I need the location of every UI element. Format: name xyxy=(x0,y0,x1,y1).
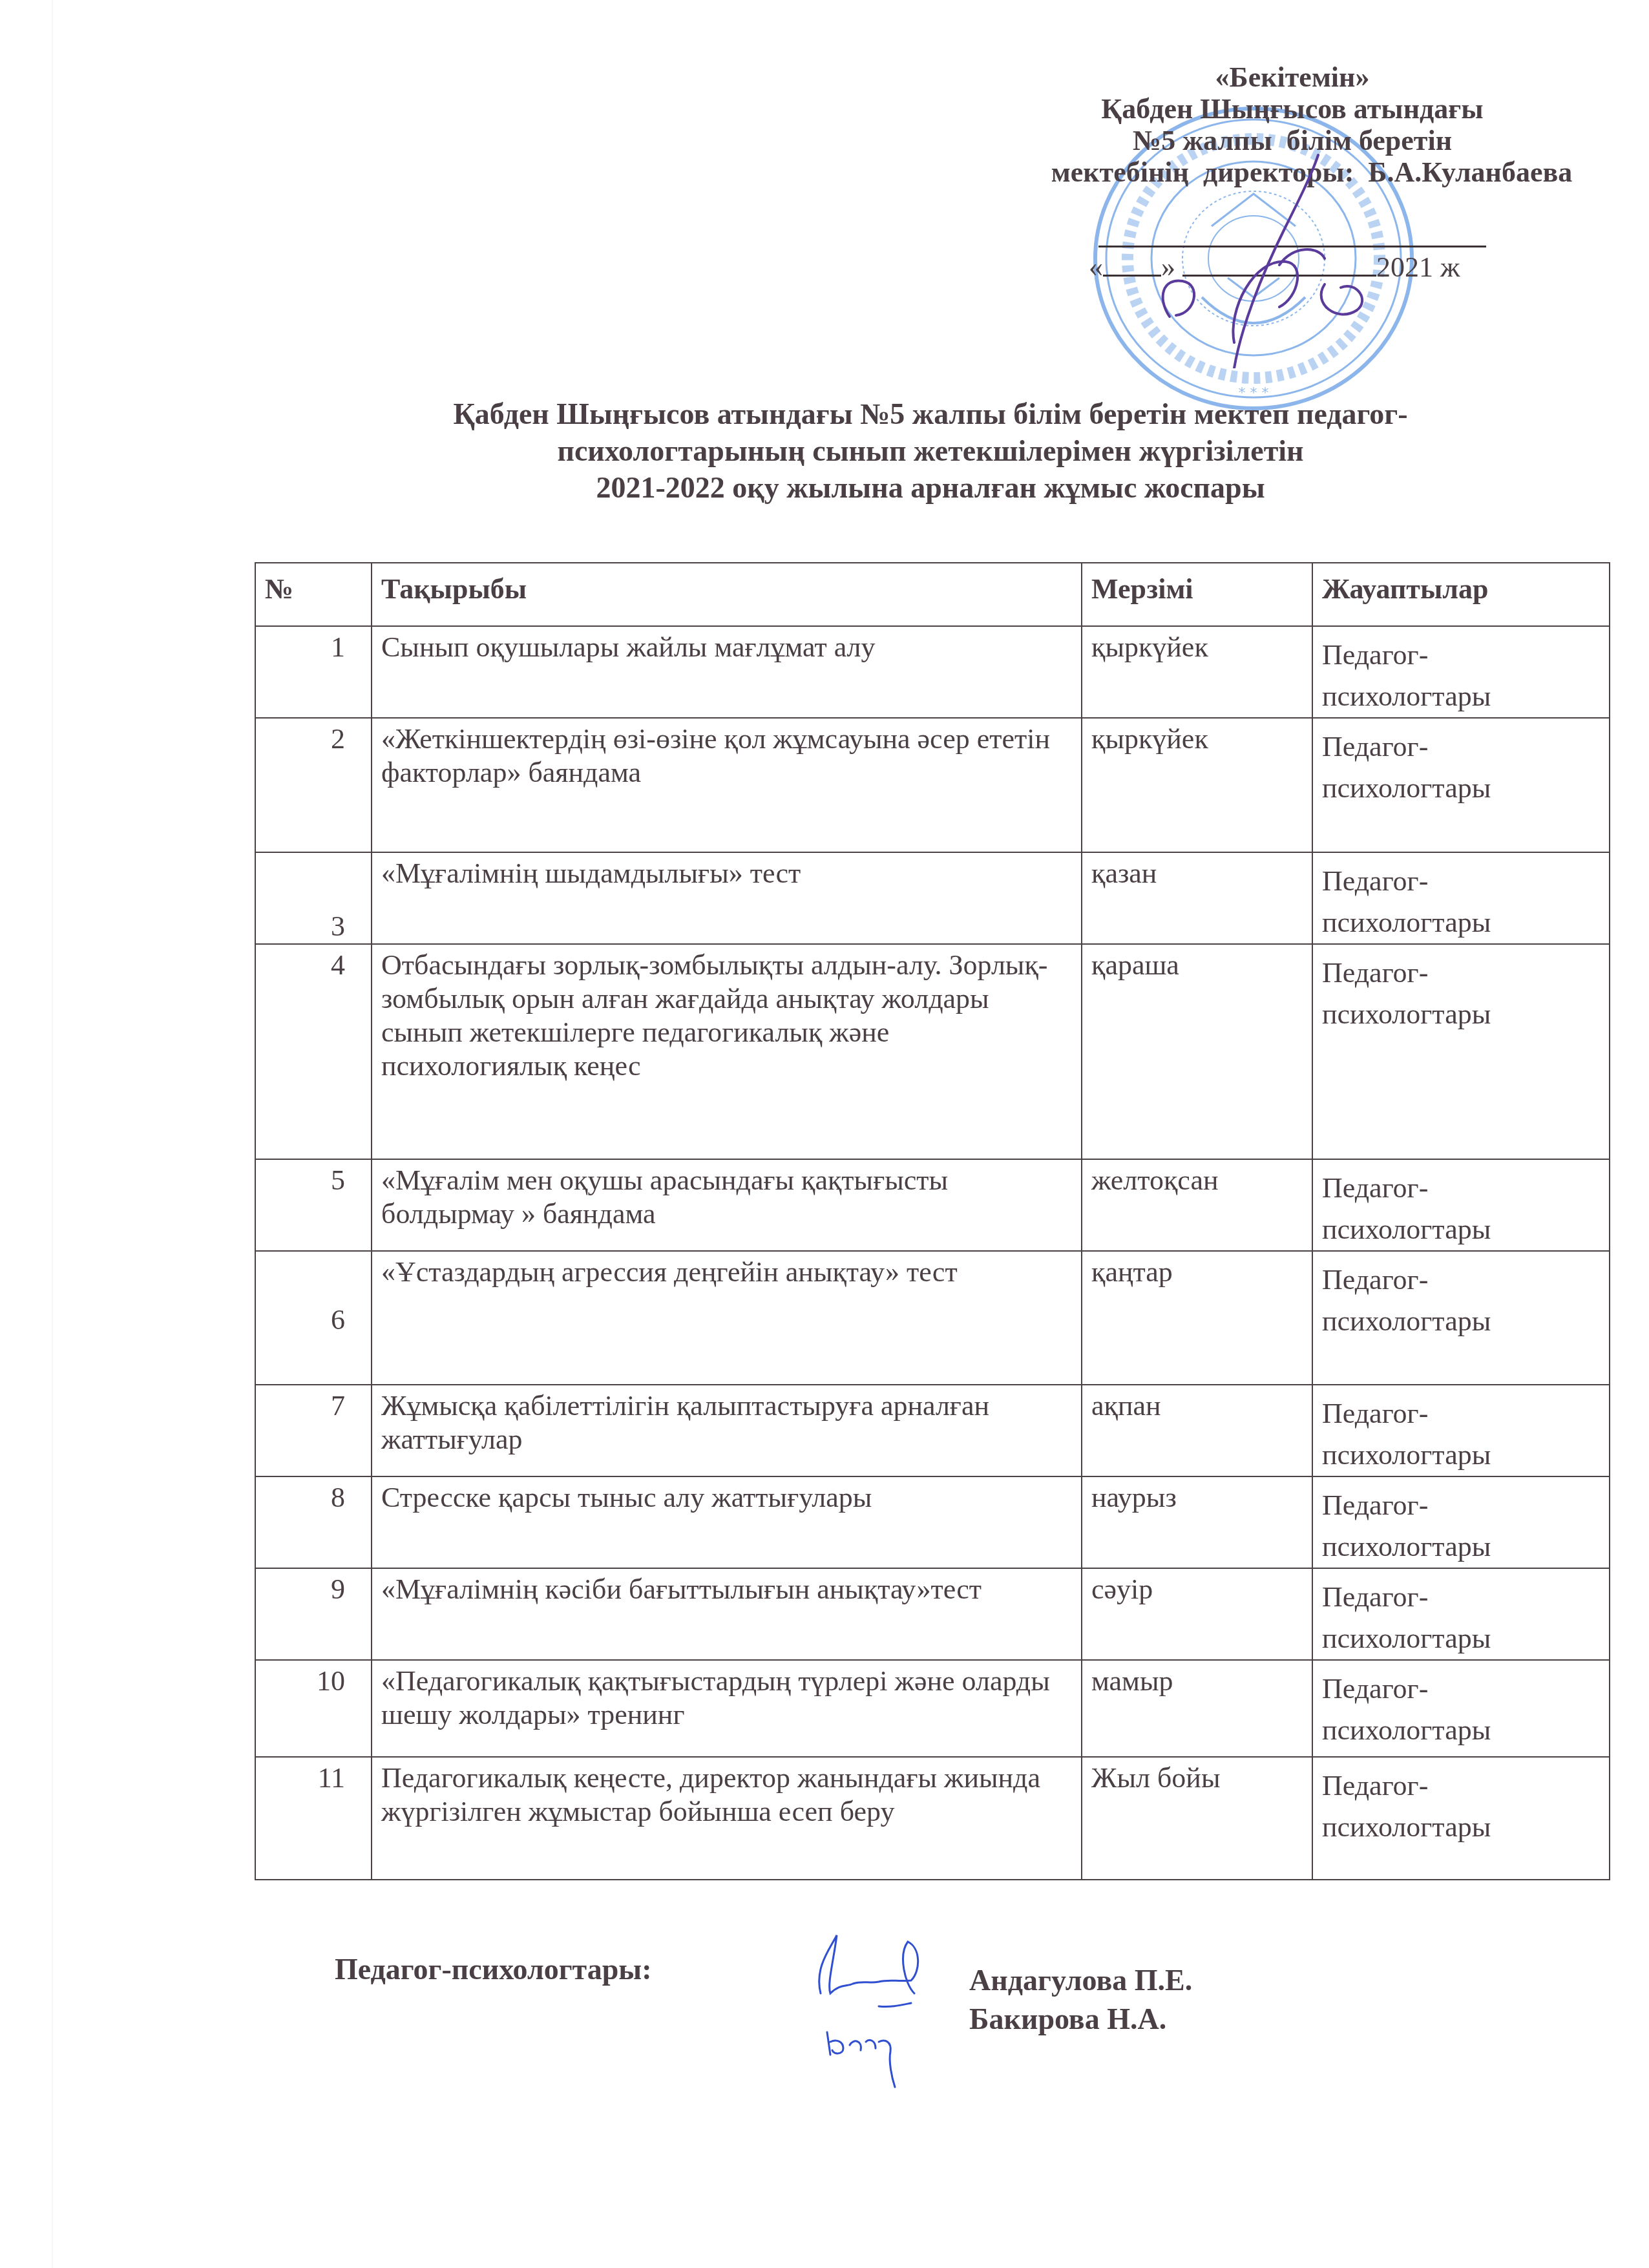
row-topic: «Мұғалім мен оқушы арасындағы қақтығысты… xyxy=(372,1159,1082,1251)
work-plan-table: № Тақырыбы Мерзімі Жауаптылар 1Сынып оқу… xyxy=(255,562,1610,1880)
row-responsible: Педагог-психологтары xyxy=(1312,1476,1610,1568)
responsible-line-2: психологтары xyxy=(1322,902,1600,943)
title-line-2: психологтарының сынып жетекшілерімен жүр… xyxy=(246,432,1615,469)
row-topic: Отбасындағы зорлық-зомбылықты алдын-алу.… xyxy=(372,944,1082,1159)
row-number: 9 xyxy=(255,1568,372,1660)
header-topic: Тақырыбы xyxy=(372,563,1082,626)
row-topic: Жұмысқа қабілеттілігін қалыптастыруға ар… xyxy=(372,1385,1082,1476)
table-row: 9«Мұғалімнің кәсіби бағыттылығын анықтау… xyxy=(255,1568,1610,1660)
table-row: 11Педагогикалық кеңесте, директор жанынд… xyxy=(255,1757,1610,1880)
row-responsible: Педагог-психологтары xyxy=(1312,1385,1610,1476)
row-responsible: Педагог-психологтары xyxy=(1312,1251,1610,1385)
approval-heading: «Бекітемін» xyxy=(969,61,1615,93)
row-number: 6 xyxy=(255,1251,372,1385)
responsible-line-1: Педагог- xyxy=(1322,726,1600,768)
row-date: қыркүйек xyxy=(1082,626,1312,718)
date-open-quote: « xyxy=(1089,251,1103,283)
footer-name-1: Андагулова П.Е. xyxy=(969,1961,1192,2000)
table-row: 3«Мұғалімнің шыдамдылығы» тестқазанПедаг… xyxy=(255,852,1610,944)
row-date: наурыз xyxy=(1082,1476,1312,1568)
row-responsible: Педагог-психологтары xyxy=(1312,944,1610,1159)
footer-names: Андагулова П.Е. Бакирова Н.А. xyxy=(969,1961,1192,2039)
table-row: 5«Мұғалім мен оқушы арасындағы қақтығыст… xyxy=(255,1159,1610,1251)
responsible-line-2: психологтары xyxy=(1322,1209,1600,1250)
responsible-line-2: психологтары xyxy=(1322,1526,1600,1568)
row-responsible: Педагог-психологтары xyxy=(1312,626,1610,718)
responsible-line-2: психологтары xyxy=(1322,994,1600,1035)
row-number: 8 xyxy=(255,1476,372,1568)
row-date: сәуір xyxy=(1082,1568,1312,1660)
director-signature-icon xyxy=(1131,149,1402,368)
responsible-line-1: Педагог- xyxy=(1322,1259,1600,1301)
row-date: мамыр xyxy=(1082,1660,1312,1757)
approval-school-name: Қабден Шыңғысов атындағы xyxy=(969,93,1615,125)
responsible-line-2: психологтары xyxy=(1322,768,1600,809)
row-date: қараша xyxy=(1082,944,1312,1159)
responsible-line-2: психологтары xyxy=(1322,676,1600,717)
table-row: 7Жұмысқа қабілеттілігін қалыптастыруға а… xyxy=(255,1385,1610,1476)
row-date: желтоқсан xyxy=(1082,1159,1312,1251)
row-topic: Стресске қарсы тыныс алу жаттығулары xyxy=(372,1476,1082,1568)
header-date: Мерзімі xyxy=(1082,563,1312,626)
row-date: қазан xyxy=(1082,852,1312,944)
row-responsible: Педагог-психологтары xyxy=(1312,852,1610,944)
row-number: 11 xyxy=(255,1757,372,1880)
row-number: 5 xyxy=(255,1159,372,1251)
row-number: 2 xyxy=(255,718,372,852)
psychologist-signatures-icon xyxy=(782,1922,937,2090)
table-row: 10«Педагогикалық қақтығыстардың түрлері … xyxy=(255,1660,1610,1757)
row-number: 1 xyxy=(255,626,372,718)
table-row: 4Отбасындағы зорлық-зомбылықты алдын-алу… xyxy=(255,944,1610,1159)
svg-text:* * *: * * * xyxy=(1239,385,1269,401)
row-number: 7 xyxy=(255,1385,372,1476)
row-topic: «Педагогикалық қақтығыстардың түрлері жә… xyxy=(372,1660,1082,1757)
row-topic: «Мұғалімнің шыдамдылығы» тест xyxy=(372,852,1082,944)
row-topic: Педагогикалық кеңесте, директор жанындағ… xyxy=(372,1757,1082,1880)
row-number: 10 xyxy=(255,1660,372,1757)
row-number: 3 xyxy=(255,852,372,944)
responsible-line-2: психологтары xyxy=(1322,1618,1600,1659)
header-responsible: Жауаптылар xyxy=(1312,563,1610,626)
row-date: қыркүйек xyxy=(1082,718,1312,852)
footer-name-2: Бакирова Н.А. xyxy=(969,2000,1192,2039)
responsible-line-1: Педагог- xyxy=(1322,861,1600,902)
row-topic: «Мұғалімнің кәсіби бағыттылығын анықтау»… xyxy=(372,1568,1082,1660)
scan-margin-line xyxy=(52,0,53,2268)
responsible-line-1: Педагог- xyxy=(1322,1393,1600,1434)
row-date: ақпан xyxy=(1082,1385,1312,1476)
responsible-line-2: психологтары xyxy=(1322,1434,1600,1476)
responsible-line-2: психологтары xyxy=(1322,1710,1600,1751)
row-date: қаңтар xyxy=(1082,1251,1312,1385)
table-row: 6«Ұстаздардың агрессия деңгейін анықтау»… xyxy=(255,1251,1610,1385)
row-responsible: Педагог-психологтары xyxy=(1312,1568,1610,1660)
responsible-line-2: психологтары xyxy=(1322,1301,1600,1342)
row-topic: «Жеткіншектердің өзі-өзіне қол жұмсауына… xyxy=(372,718,1082,852)
row-responsible: Педагог-психологтары xyxy=(1312,1159,1610,1251)
responsible-line-1: Педагог- xyxy=(1322,952,1600,994)
row-responsible: Педагог-психологтары xyxy=(1312,1757,1610,1880)
row-date: Жыл бойы xyxy=(1082,1757,1312,1880)
footer-role: Педагог-психологтары: xyxy=(335,1950,652,1989)
responsible-line-1: Педагог- xyxy=(1322,1485,1600,1526)
row-responsible: Педагог-психологтары xyxy=(1312,1660,1610,1757)
responsible-line-1: Педагог- xyxy=(1322,635,1600,676)
row-topic: «Ұстаздардың агрессия деңгейін анықтау» … xyxy=(372,1251,1082,1385)
responsible-line-2: психологтары xyxy=(1322,1807,1600,1848)
table-header-row: № Тақырыбы Мерзімі Жауаптылар xyxy=(255,563,1610,626)
responsible-line-1: Педагог- xyxy=(1322,1577,1600,1618)
responsible-line-1: Педагог- xyxy=(1322,1765,1600,1807)
row-number: 4 xyxy=(255,944,372,1159)
table-row: 8Стресске қарсы тыныс алу жаттығуларынау… xyxy=(255,1476,1610,1568)
header-num: № xyxy=(255,563,372,626)
row-responsible: Педагог-психологтары xyxy=(1312,718,1610,852)
row-topic: Сынып оқушылары жайлы мағлұмат алу xyxy=(372,626,1082,718)
table-row: 2«Жеткіншектердің өзі-өзіне қол жұмсауын… xyxy=(255,718,1610,852)
title-line-3: 2021-2022 оқу жылына арналған жұмыс жосп… xyxy=(246,469,1615,506)
responsible-line-1: Педагог- xyxy=(1322,1668,1600,1710)
responsible-line-1: Педагог- xyxy=(1322,1168,1600,1209)
table-row: 1Сынып оқушылары жайлы мағлұмат алуқыркү… xyxy=(255,626,1610,718)
